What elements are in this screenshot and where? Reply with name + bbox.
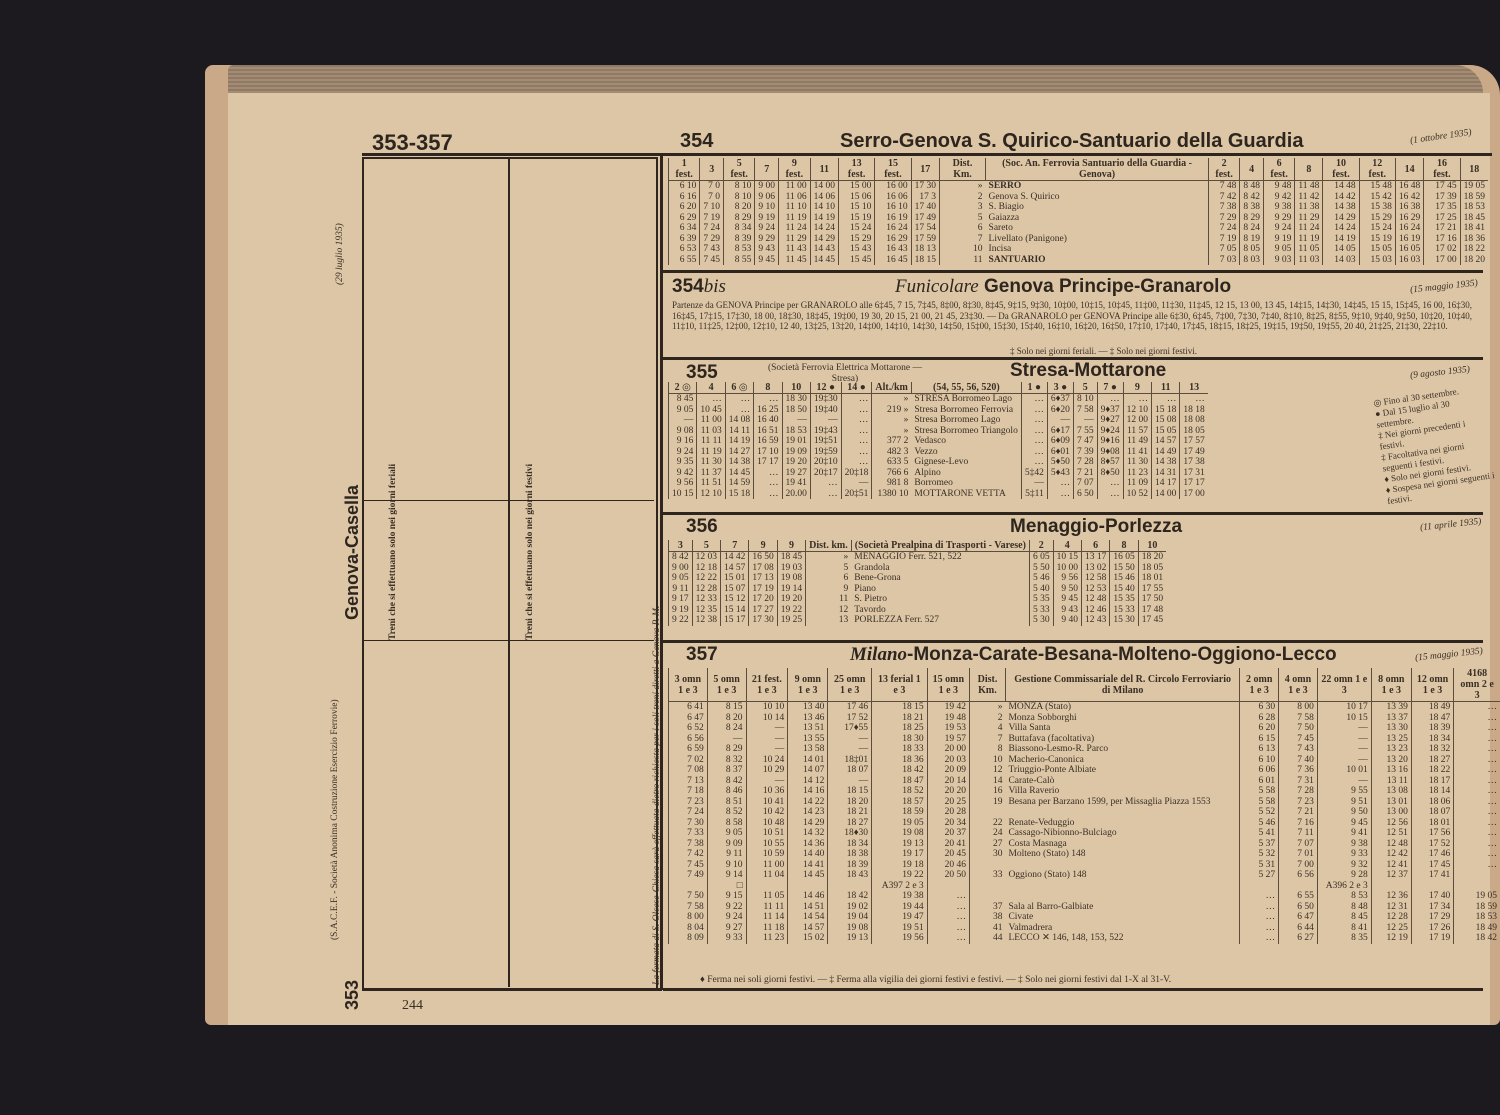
- train-number: 14: [1395, 158, 1423, 181]
- time-cell: 17 25: [1424, 213, 1460, 224]
- time-cell: 19 05: [872, 818, 928, 829]
- time-cell: 18 15: [828, 786, 872, 797]
- time-cell: …: [754, 489, 782, 500]
- time-cell: 9 24: [755, 223, 779, 234]
- time-cell: 9 35: [669, 457, 697, 468]
- time-cell: 9 28: [1317, 870, 1371, 881]
- train-number: 4: [697, 382, 725, 394]
- time-cell: [1454, 870, 1500, 881]
- time-cell: …: [1123, 394, 1151, 405]
- time-cell: 13 17: [1081, 552, 1109, 563]
- time-cell: …: [1454, 860, 1500, 871]
- time-cell: …: [927, 923, 969, 934]
- time-cell: 15 19: [1359, 234, 1395, 245]
- time-cell: 9 00: [755, 181, 779, 192]
- time-cell: 18 47: [872, 776, 928, 787]
- time-cell: 18‡01: [828, 755, 872, 766]
- table-row: 9 0012 1814 5717 0819 035Grandola5 5010 …: [669, 563, 1167, 574]
- time-cell: 6 20: [1240, 723, 1279, 734]
- time-cell: 13 37: [1371, 713, 1411, 724]
- time-cell: 16 25: [754, 405, 782, 416]
- time-cell: 9 09: [707, 839, 746, 850]
- train-number: 3 omn 1 e 3: [669, 668, 708, 702]
- time-cell: 19 48: [927, 713, 969, 724]
- table-row: 6 347 248 349 2411 2414 2415 2416 2417 5…: [669, 223, 1489, 234]
- time-cell: 6 50: [1073, 489, 1097, 500]
- station-name: Buttafava (facoltativa): [1005, 734, 1239, 745]
- time-cell: 18 45: [777, 552, 805, 563]
- time-cell: 17 40: [1411, 891, 1453, 902]
- station-name: PORLEZZA Ferr. 527: [851, 615, 1029, 626]
- time-cell: 17 3: [911, 192, 939, 203]
- time-cell: 14 06: [810, 192, 838, 203]
- time-cell: 17 48: [1138, 605, 1166, 616]
- time-cell: 11 29: [1295, 213, 1323, 224]
- time-cell: 16 42: [1395, 192, 1423, 203]
- station-name: S. Biagio: [986, 202, 1209, 213]
- time-cell: 7 21: [1279, 807, 1318, 818]
- time-cell: 20 28: [927, 807, 969, 818]
- time-cell: 15 12: [721, 594, 749, 605]
- t354-title: Serro-Genova S. Quirico-Santuario della …: [840, 130, 1303, 153]
- time-cell: …: [1097, 394, 1123, 405]
- station-name: Stresa Borromeo Triangolo: [911, 426, 1021, 437]
- time-cell: 19 22: [777, 605, 805, 616]
- time-cell: 12 22: [692, 573, 720, 584]
- time-cell: 9 16: [669, 436, 697, 447]
- time-cell: 18♦30: [828, 828, 872, 839]
- train-number: 25 omn 1 e 3: [828, 668, 872, 702]
- time-cell: …: [1152, 394, 1180, 405]
- time-cell: 18 13: [911, 244, 939, 255]
- time-cell: 9 05: [669, 405, 697, 416]
- time-cell: 5 50: [1029, 563, 1053, 574]
- t354bis-title: Funicolare Genova Principe-Granarolo: [895, 276, 1231, 298]
- page-bottom-rule: [663, 988, 1483, 991]
- time-cell: 9 42: [1263, 192, 1294, 203]
- time-cell: 8 29: [724, 213, 755, 224]
- dist-cell: 12: [806, 605, 852, 616]
- station-name: Stresa Borromeo Ferrovia: [911, 405, 1021, 416]
- table-row: 7 429 1110 5914 4018 3819 1720 4530Molte…: [669, 849, 1500, 860]
- time-cell: 14 08: [725, 415, 753, 426]
- time-cell: 13 00: [1371, 807, 1411, 818]
- time-cell: 19‡40: [810, 405, 841, 416]
- time-cell: …: [1240, 933, 1279, 944]
- time-cell: 11 42: [1295, 192, 1323, 203]
- time-cell: 14 03: [1323, 255, 1359, 266]
- time-cell: 17 49: [911, 213, 939, 224]
- header-row: 3 omn 1 e 35 omn 1 e 321 fest. 1 e 39 om…: [669, 668, 1500, 702]
- time-cell: 14 32: [788, 828, 828, 839]
- time-cell: 9♦24: [1097, 426, 1123, 437]
- time-cell: 10 24: [746, 755, 788, 766]
- time-cell: …: [1180, 394, 1208, 405]
- time-cell: 8 20: [724, 202, 755, 213]
- time-cell: 10 55: [746, 839, 788, 850]
- station-name: Molteno (Stato) 148: [1005, 849, 1239, 860]
- time-cell: 7 36: [1279, 765, 1318, 776]
- time-cell: 7 19: [1208, 234, 1239, 245]
- dist-cell: 30: [970, 849, 1006, 860]
- time-cell: 6 44: [1279, 923, 1318, 934]
- time-cell: 14 24: [1323, 223, 1359, 234]
- time-cell: 11 48: [1295, 181, 1323, 192]
- time-cell: 15 33: [1110, 605, 1138, 616]
- time-cell: 16 05: [1110, 552, 1138, 563]
- time-cell: 15 35: [1110, 594, 1138, 605]
- train-number: 22 omn 1 e 3: [1317, 668, 1371, 702]
- table-row: 9 0512 2215 0117 1319 086Bene-Grona5 469…: [669, 573, 1167, 584]
- time-cell: 7 48: [1208, 181, 1239, 192]
- time-cell: 9 56: [669, 478, 697, 489]
- time-cell: 17 31: [1180, 468, 1208, 479]
- time-cell: 19 42: [927, 702, 969, 713]
- time-cell: 12 28: [692, 584, 720, 595]
- time-cell: 20 20: [927, 786, 969, 797]
- dist-cell: 16: [970, 786, 1006, 797]
- time-cell: 8 35: [1317, 933, 1371, 944]
- time-cell: —: [782, 415, 810, 426]
- time-cell: 11 30: [1123, 457, 1151, 468]
- table-row: 6 557 458 559 4511 4514 4515 4516 4518 1…: [669, 255, 1489, 266]
- time-cell: 19 08: [828, 923, 872, 934]
- time-cell: 11 10: [779, 202, 811, 213]
- time-cell: 6 56: [669, 734, 708, 745]
- time-cell: 17 27: [749, 605, 777, 616]
- time-cell: 17 49: [1180, 447, 1208, 458]
- time-cell: [1279, 881, 1318, 892]
- time-cell: 18 53: [1454, 912, 1500, 923]
- station-name: MONZA (Stato): [1005, 702, 1239, 713]
- time-cell: 9 19: [1263, 234, 1294, 245]
- time-cell: 15 38: [1359, 202, 1395, 213]
- dist-cell: 2: [970, 713, 1006, 724]
- time-cell: 11 19: [697, 447, 725, 458]
- time-cell: 14 11: [725, 426, 753, 437]
- time-cell: 19 51: [872, 923, 928, 934]
- t356-number: 356: [686, 516, 718, 538]
- time-cell: 17 17: [754, 457, 782, 468]
- table-row: 6 598 29—13 58—18 3320 008Biassono-Lesmo…: [669, 744, 1500, 755]
- time-cell: 13 39: [1371, 702, 1411, 713]
- time-cell: 15 00: [839, 181, 875, 192]
- time-cell: 9 50: [1317, 807, 1371, 818]
- time-cell: 6 56: [1279, 870, 1318, 881]
- station-name: Villa Santa: [1005, 723, 1239, 734]
- time-cell: 11 30: [697, 457, 725, 468]
- time-cell: 18 47: [1411, 713, 1453, 724]
- time-cell: 8 52: [707, 807, 746, 818]
- time-cell: 18 01: [1411, 818, 1453, 829]
- table-row: 7 028 3210 2414 0118‡0118 3620 0310Mache…: [669, 755, 1500, 766]
- train-number: 21 fest. 1 e 3: [746, 668, 788, 702]
- dist-cell: 4: [970, 723, 1006, 734]
- station-name: SERRO: [986, 181, 1209, 192]
- dist-cell: »: [939, 181, 985, 192]
- time-cell: 5 33: [1029, 605, 1053, 616]
- time-cell: 9 33: [1317, 849, 1371, 860]
- time-cell: 7 42: [1208, 192, 1239, 203]
- station-name: Grandola: [851, 563, 1029, 574]
- time-cell: 8 03: [1240, 255, 1264, 266]
- dist-header: Dist. Km.: [970, 668, 1006, 702]
- time-cell: 17 35: [1424, 202, 1460, 213]
- time-cell: …: [1021, 394, 1047, 405]
- dist-cell: [970, 891, 1006, 902]
- time-cell: 5 40: [1029, 584, 1053, 595]
- time-cell: 8 42: [669, 552, 693, 563]
- station-name: S. Pietro: [851, 594, 1029, 605]
- time-cell: 20‡10: [810, 457, 841, 468]
- time-cell: 18 15: [872, 702, 928, 713]
- time-cell: 17 46: [1411, 849, 1453, 860]
- time-cell: —: [841, 478, 872, 489]
- time-cell: 9 00: [669, 563, 693, 574]
- time-cell: 17 26: [1411, 923, 1453, 934]
- time-cell: 17 45: [1424, 181, 1460, 192]
- time-cell: 15 43: [839, 244, 875, 255]
- time-cell: 8 04: [669, 923, 708, 934]
- station-name: Sala al Barro-Galbiate: [1005, 902, 1239, 913]
- time-cell: 17 45: [1411, 860, 1453, 871]
- time-cell: 11 11: [746, 902, 788, 913]
- time-cell: 16 03: [1395, 255, 1423, 266]
- t357-footnote: ♦ Ferma nei soli giorni festivi. — ‡ Fer…: [700, 975, 1480, 986]
- time-cell: 7 43: [700, 244, 724, 255]
- time-cell: 7 11: [1279, 828, 1318, 839]
- time-cell: 18 20: [828, 797, 872, 808]
- time-cell: 19 13: [828, 933, 872, 944]
- train-number: 12 fest.: [1359, 158, 1395, 181]
- time-cell: 5 35: [1029, 594, 1053, 605]
- time-cell: 13 02: [1081, 563, 1109, 574]
- time-cell: 7 07: [1279, 839, 1318, 850]
- dist-cell: 377 2: [872, 436, 912, 447]
- t353-operator: (S.A.C.E.F. - Società Anonima Costruzion…: [330, 660, 341, 940]
- time-cell: 12 46: [1081, 605, 1109, 616]
- time-cell: 18 07: [1411, 807, 1453, 818]
- time-cell: 9 05: [669, 573, 693, 584]
- time-cell: 8 29: [1240, 213, 1264, 224]
- time-cell: 11 45: [779, 255, 811, 266]
- time-cell: 11 00: [779, 181, 811, 192]
- time-cell: 7 38: [1208, 202, 1239, 213]
- time-cell: 20 41: [927, 839, 969, 850]
- time-cell: 8 51: [707, 797, 746, 808]
- train-number: 2 fest.: [1208, 158, 1239, 181]
- dist-header: Dist. km.: [806, 540, 852, 552]
- time-cell: 14 45: [725, 468, 753, 479]
- station-name: Gignese-Levo: [911, 457, 1021, 468]
- time-cell: 16 19: [1395, 234, 1423, 245]
- train-number: 7: [721, 540, 749, 552]
- time-cell: 18 20: [1138, 552, 1166, 563]
- time-cell: 9 22: [669, 615, 693, 626]
- time-cell: 7 07: [1073, 478, 1097, 489]
- time-cell: [1411, 881, 1453, 892]
- time-cell: 8 38: [1240, 202, 1264, 213]
- time-cell: 10 45: [697, 405, 725, 416]
- train-number: 5: [692, 540, 720, 552]
- time-cell: 5 46: [1029, 573, 1053, 584]
- time-cell: 14 42: [1323, 192, 1359, 203]
- dist-cell: 11: [806, 594, 852, 605]
- right-page-left-border: [660, 155, 663, 990]
- time-cell: 13 11: [1371, 776, 1411, 787]
- time-cell: 6 20: [669, 202, 700, 213]
- time-cell: 20 03: [927, 755, 969, 766]
- time-cell: 19‡51: [810, 436, 841, 447]
- time-cell: 7 24: [700, 223, 724, 234]
- time-cell: 18 36: [1460, 234, 1488, 245]
- time-cell: 7 10: [700, 202, 724, 213]
- time-cell: 17 20: [749, 594, 777, 605]
- time-cell: 11 19: [1295, 234, 1323, 245]
- time-cell: —: [1317, 734, 1371, 745]
- time-cell: 16 29: [875, 234, 911, 245]
- time-cell: 14 05: [1323, 244, 1359, 255]
- time-cell: 6♦17: [1047, 426, 1073, 437]
- time-cell: —: [1073, 415, 1097, 426]
- time-cell: 15 05: [1152, 426, 1180, 437]
- time-cell: 9 33: [707, 933, 746, 944]
- time-cell: …: [1021, 426, 1047, 437]
- time-cell: 10 36: [746, 786, 788, 797]
- time-cell: 6 53: [669, 244, 700, 255]
- time-cell: 12 36: [1371, 891, 1411, 902]
- train-number: 3 ●: [1047, 382, 1073, 394]
- station-name: Renate-Veduggio: [1005, 818, 1239, 829]
- time-cell: 14 29: [788, 818, 828, 829]
- time-cell: 14 23: [788, 807, 828, 818]
- time-cell: 12 48: [1371, 839, 1411, 850]
- dist-cell: [970, 860, 1006, 871]
- time-cell: 16 48: [1395, 181, 1423, 192]
- station-name: [1005, 891, 1239, 902]
- dist-cell: »: [872, 415, 912, 426]
- time-cell: 11 51: [697, 478, 725, 489]
- time-cell: 9 22: [707, 902, 746, 913]
- t356-bottom-rule: [663, 640, 1483, 643]
- time-cell: 18 17: [1411, 776, 1453, 787]
- train-number: 5 fest.: [724, 158, 755, 181]
- station-name: Cassago-Nibionno-Bulciago: [1005, 828, 1239, 839]
- dist-cell: 44: [970, 933, 1006, 944]
- station-name: Borromeo: [911, 478, 1021, 489]
- time-cell: 13 55: [788, 734, 828, 745]
- time-cell: 9 41: [1317, 828, 1371, 839]
- time-cell: [1240, 881, 1279, 892]
- time-cell: 11 03: [697, 426, 725, 437]
- time-cell: 17 19: [749, 584, 777, 595]
- time-cell: 9 06: [755, 192, 779, 203]
- time-cell: …: [1454, 744, 1500, 755]
- time-cell: 14 00: [810, 181, 838, 192]
- time-cell: 19 04: [828, 912, 872, 923]
- t353-divider: [508, 157, 510, 987]
- t353-feriali-header: Treni che si effettuano solo nei giorni …: [388, 490, 399, 640]
- table-row: 9 5611 5114 59…19 41…—981 8Borromeo—…7 0…: [669, 478, 1208, 489]
- time-cell: 8 55: [724, 255, 755, 266]
- time-cell: 16 45: [875, 255, 911, 266]
- time-cell: 20 00: [927, 744, 969, 755]
- time-cell: 7 50: [1279, 723, 1318, 734]
- time-cell: 18 39: [828, 860, 872, 871]
- time-cell: …: [1454, 734, 1500, 745]
- time-cell: 12 58: [1081, 573, 1109, 584]
- time-cell: 17♦55: [828, 723, 872, 734]
- time-cell: …: [810, 489, 841, 500]
- time-cell: 7 02: [669, 755, 708, 766]
- train-number: 3: [669, 540, 693, 552]
- table-row: 9 1611 1114 1916 5919 0119‡51…377 2Vedas…: [669, 436, 1208, 447]
- station-name: Villa Raverio: [1005, 786, 1239, 797]
- time-cell: 7 08: [669, 765, 708, 776]
- time-cell: 18 59: [1460, 192, 1488, 203]
- time-cell: 9 14: [707, 870, 746, 881]
- time-cell: …: [1021, 457, 1047, 468]
- time-cell: 13 08: [1371, 786, 1411, 797]
- table-row: 6 537 438 539 4311 4314 4315 4316 4318 1…: [669, 244, 1489, 255]
- time-cell: 7 23: [669, 797, 708, 808]
- dist-cell: 14: [970, 776, 1006, 787]
- time-cell: 14 29: [1323, 213, 1359, 224]
- time-cell: 11 23: [1123, 468, 1151, 479]
- table-row: 6 418 1510 1013 4017 4618 1519 42»MONZA …: [669, 702, 1500, 713]
- table-row: 9 0510 45…16 2518 5019‡40…219 »Stresa Bo…: [669, 405, 1208, 416]
- time-cell: 8 58: [707, 818, 746, 829]
- time-cell: 7 58: [669, 902, 708, 913]
- time-cell: 10 14: [746, 713, 788, 724]
- time-cell: …: [927, 902, 969, 913]
- time-cell: —: [828, 776, 872, 787]
- time-cell: 18 49: [1411, 702, 1453, 713]
- time-cell: 6♦20: [1047, 405, 1073, 416]
- time-cell: 8 00: [1279, 702, 1318, 713]
- time-cell: 17 30: [749, 615, 777, 626]
- time-cell: —: [1021, 478, 1047, 489]
- time-cell: 18 41: [1460, 223, 1488, 234]
- time-cell: 7 03: [1208, 255, 1239, 266]
- time-cell: 9 38: [1263, 202, 1294, 213]
- time-cell: 9 43: [1053, 605, 1081, 616]
- time-cell: 14 49: [1152, 447, 1180, 458]
- time-cell: 15 29: [839, 234, 875, 245]
- train-number: 10 fest.: [1323, 158, 1359, 181]
- table-row: 7 389 0910 5514 3618 3419 1320 4127Costa…: [669, 839, 1500, 850]
- table-row: 6 56——13 55—18 3019 577Buttafava (facolt…: [669, 734, 1500, 745]
- time-cell: 8 48: [1317, 902, 1371, 913]
- time-cell: 16 06: [875, 192, 911, 203]
- time-cell: 16 38: [1395, 202, 1423, 213]
- time-cell: [828, 881, 872, 892]
- t353-number: 353: [342, 980, 363, 1010]
- time-cell: 18 53: [1460, 202, 1488, 213]
- time-cell: 7 28: [1073, 457, 1097, 468]
- station-name: Incisa: [986, 244, 1209, 255]
- time-cell: 18 30: [782, 394, 810, 405]
- train-number: 13 fest.: [839, 158, 875, 181]
- time-cell: —: [669, 415, 697, 426]
- time-cell: 19 17: [872, 849, 928, 860]
- time-cell: —: [746, 723, 788, 734]
- time-cell: 14 38: [725, 457, 753, 468]
- time-cell: …: [841, 405, 872, 416]
- time-cell: 8 37: [707, 765, 746, 776]
- time-cell: 16 10: [875, 202, 911, 213]
- time-cell: 18 39: [1411, 723, 1453, 734]
